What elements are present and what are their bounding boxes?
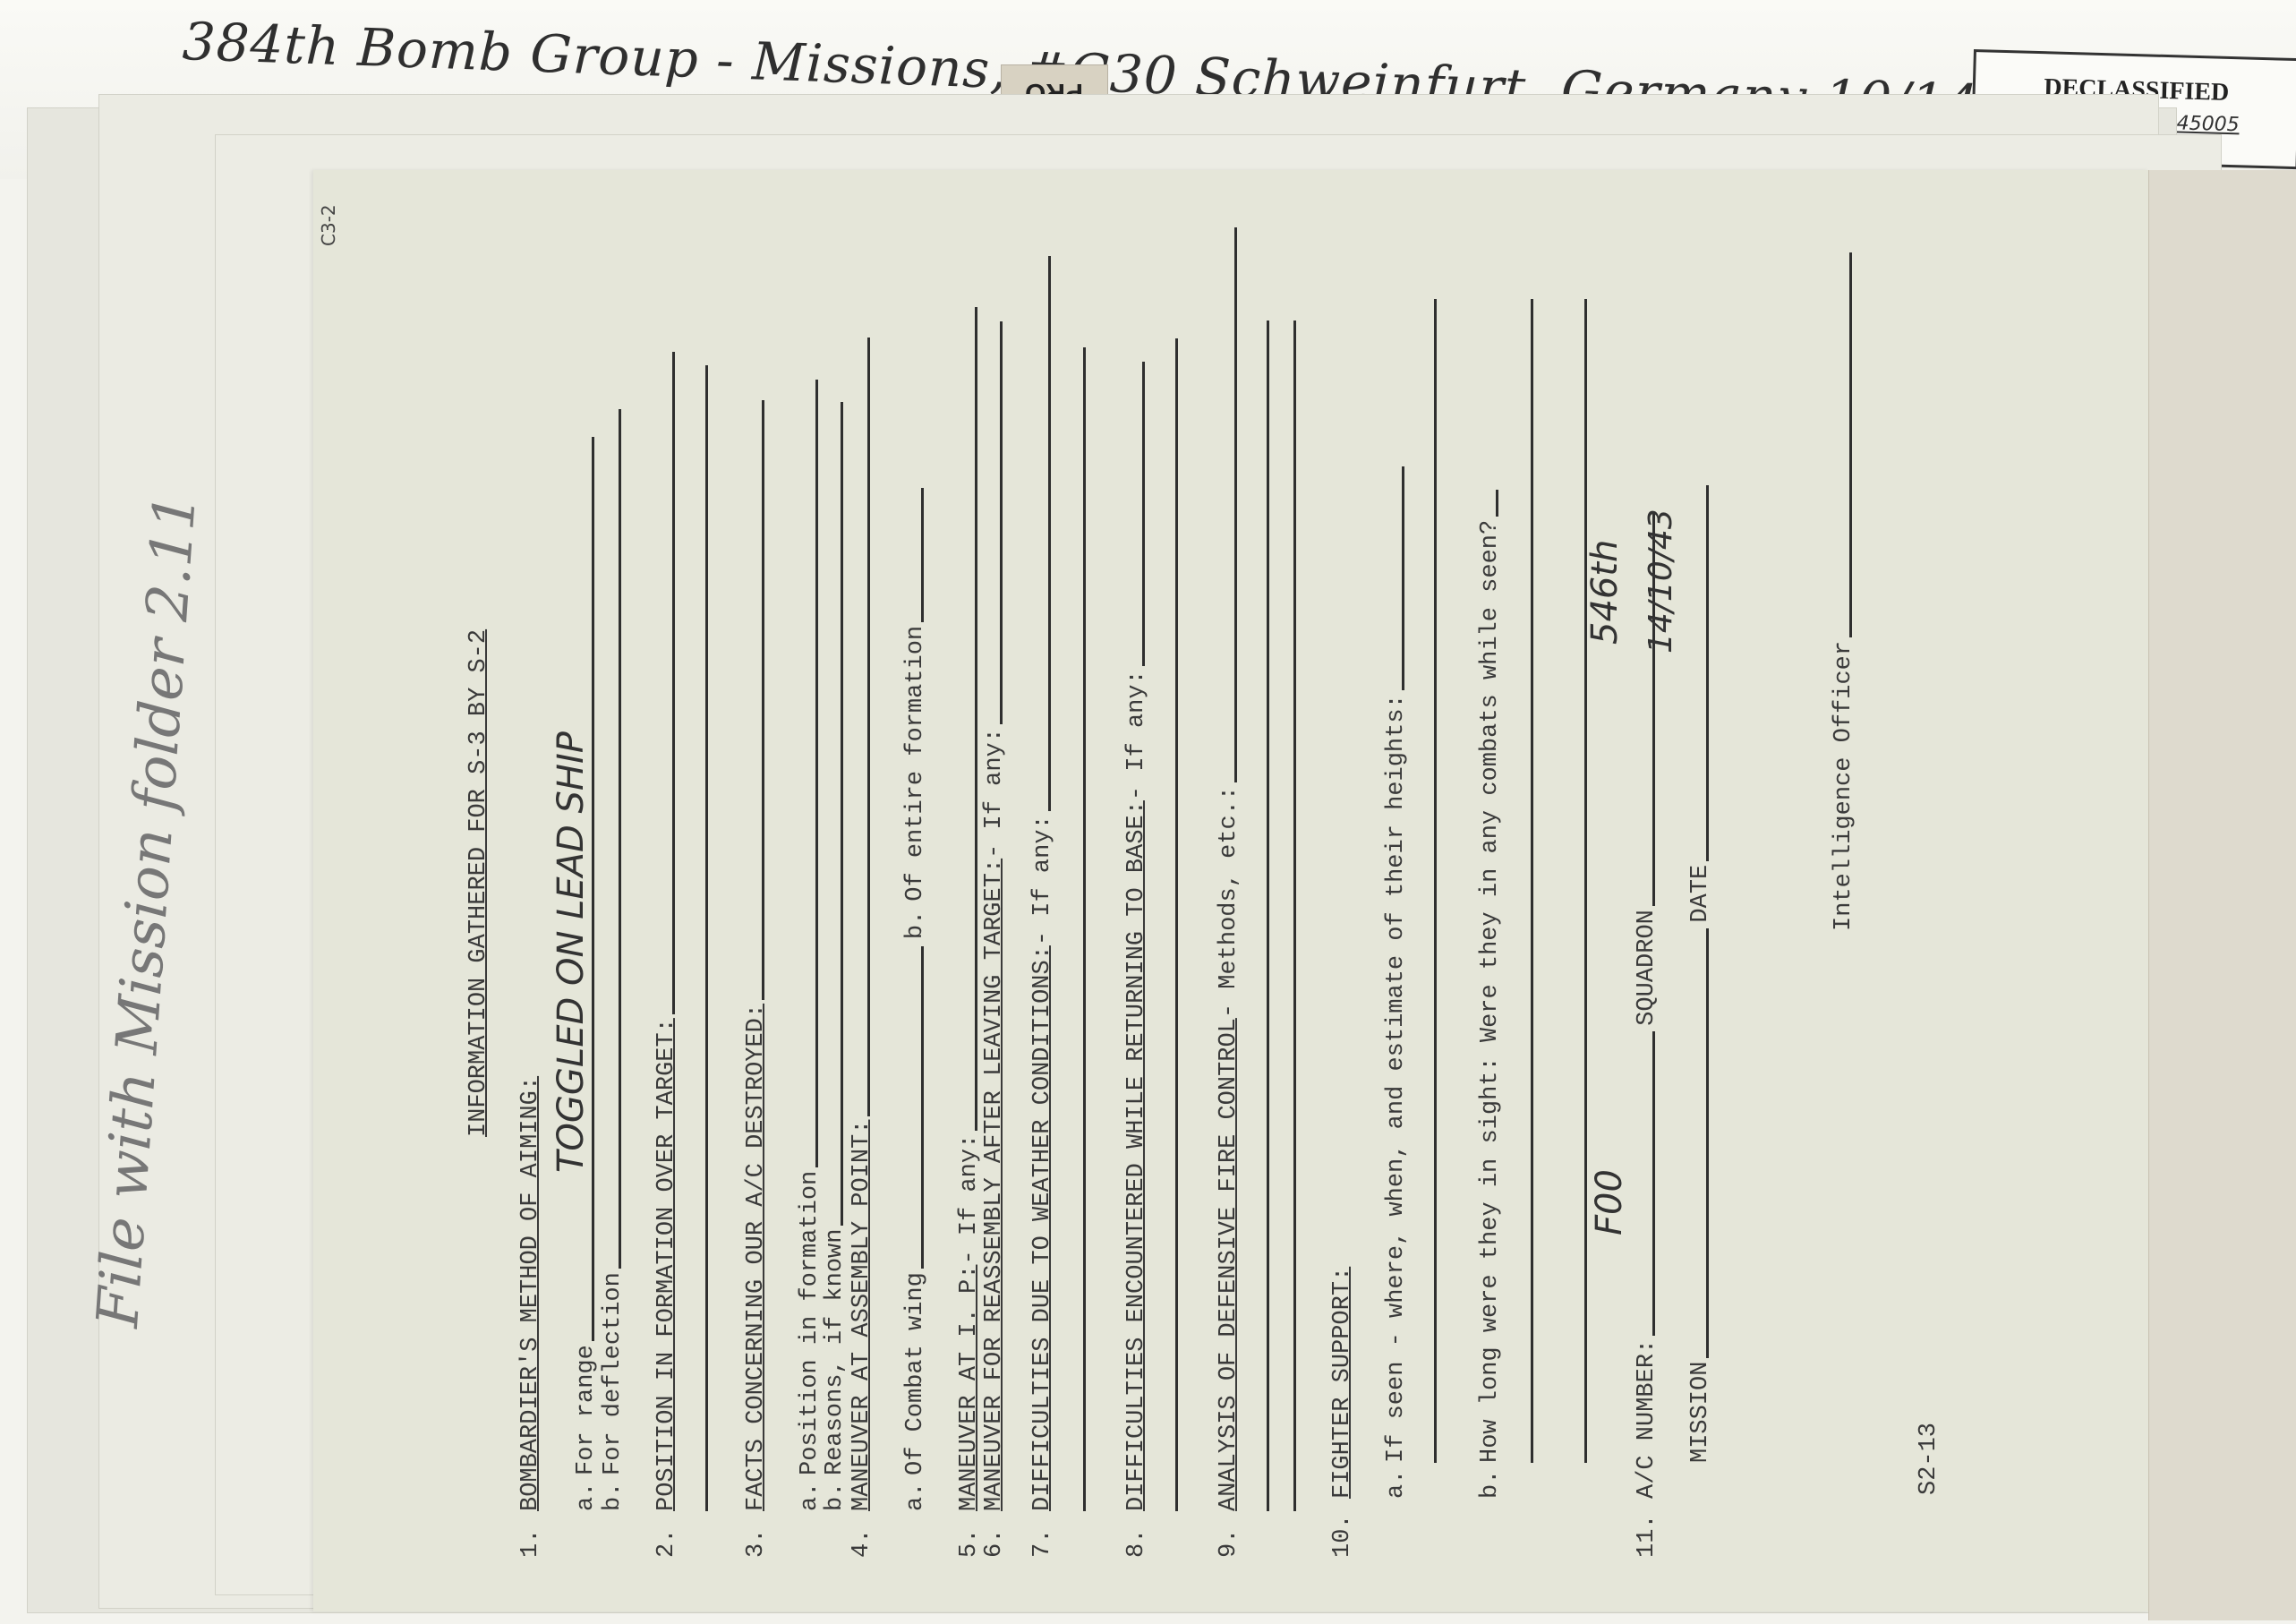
item-7-field-line2[interactable] — [1083, 347, 1086, 1511]
item-3: 3. FACTS CONCERNING OUR A/C DESTROYED: — [743, 400, 770, 1558]
item-6-field[interactable] — [1000, 321, 1003, 724]
item-4a-field[interactable] — [921, 946, 924, 1269]
item-4: 4. MANEUVER AT ASSEMBLY POINT: — [849, 338, 875, 1558]
mission-field[interactable] — [1706, 928, 1709, 1358]
date-handwritten: 14/10/43 — [1643, 509, 1679, 654]
item-2: 2. POSITION IN FORMATION OVER TARGET: — [653, 352, 680, 1558]
item-9-field-line2[interactable] — [1267, 321, 1269, 1511]
item-10a-field-line2[interactable] — [1434, 299, 1437, 1463]
squadron-handwritten: 546th — [1584, 540, 1626, 645]
item-3-field[interactable] — [762, 400, 764, 1000]
item-10b-field[interactable] — [1496, 490, 1498, 517]
item-5: 5. MANEUVER AT I. P: - If any: — [956, 307, 983, 1558]
ac-number-handwritten: F00 — [1589, 1169, 1630, 1235]
item-7-field[interactable] — [1048, 256, 1051, 811]
item-9-field[interactable] — [1234, 227, 1237, 782]
item-10: 10. FIGHTER SUPPORT: — [1329, 1267, 1356, 1558]
mission-row: MISSION DATE — [1687, 485, 1714, 1558]
item-10b-field-line2[interactable] — [1531, 299, 1533, 1463]
item-10b-field-line3[interactable] — [1584, 299, 1587, 1463]
item-10a: a. If seen - where, when, and estimate o… — [1383, 466, 1410, 1558]
corner-note: C3-2 — [318, 204, 339, 246]
item-1a-field[interactable] — [592, 437, 594, 1341]
intelligence-officer-signature-field[interactable] — [1849, 252, 1852, 637]
answer-1-handwritten: TOGGLED ON LEAD SHIP — [551, 731, 592, 1173]
form-code: S2-13 — [1916, 1423, 1942, 1495]
item-7: 7. DIFFICULTIES DUE TO WEATHER CONDITION… — [1029, 256, 1056, 1558]
item-1: 1. BOMBARDIER'S METHOD OF AIMING: — [517, 1076, 544, 1558]
item-1b: b. For deflection — [600, 409, 627, 1558]
form-code-row: S2-13 — [1916, 1423, 1942, 1495]
item-8: 8. DIFFICULTIES ENCOUNTERED WHILE RETURN… — [1123, 362, 1150, 1558]
item-3b-field[interactable] — [841, 402, 843, 1226]
item-3a: a. Position in formation — [797, 380, 824, 1558]
form-title: INFORMATION GATHERED FOR S-3 BY S-2 — [465, 629, 492, 1137]
item-8-field-line2[interactable] — [1175, 338, 1178, 1511]
folder-edge — [2148, 170, 2296, 1620]
interrogation-form: INFORMATION GATHERED FOR S-3 BY S-2 1. B… — [465, 286, 2095, 1558]
item-6: 6. MANEUVER FOR REASSEMBLY AFTER LEAVING… — [981, 321, 1008, 1558]
form-title-row: INFORMATION GATHERED FOR S-3 BY S-2 — [465, 629, 492, 1137]
signature-row: Intelligence Officer — [1831, 252, 1857, 931]
item-3a-field[interactable] — [815, 380, 818, 1167]
item-2-field-line2[interactable] — [705, 365, 708, 1511]
item-5-field[interactable] — [975, 307, 977, 1131]
item-4a: a. Of Combat wing b. Of entire formation — [902, 488, 929, 1558]
item-9: 9. ANALYSIS OF DEFENSIVE FIRE CONTROL - … — [1216, 227, 1242, 1558]
item-8-field[interactable] — [1142, 362, 1145, 666]
item-11: 11. A/C NUMBER: SQUADRON — [1634, 512, 1660, 1558]
item-10a-field[interactable] — [1402, 466, 1404, 690]
item-1b-field[interactable] — [619, 409, 621, 1269]
date-field[interactable] — [1706, 485, 1709, 861]
item-10b: b. How long were they in sight: Were the… — [1477, 490, 1504, 1558]
item-9-field-line3[interactable] — [1293, 321, 1296, 1511]
item-4-field[interactable] — [867, 338, 870, 1116]
item-2-field[interactable] — [672, 352, 675, 1014]
item-4b-field[interactable] — [921, 488, 924, 622]
ac-number-field[interactable] — [1652, 1031, 1655, 1336]
item-3b: b. Reasons, if known — [822, 402, 849, 1558]
